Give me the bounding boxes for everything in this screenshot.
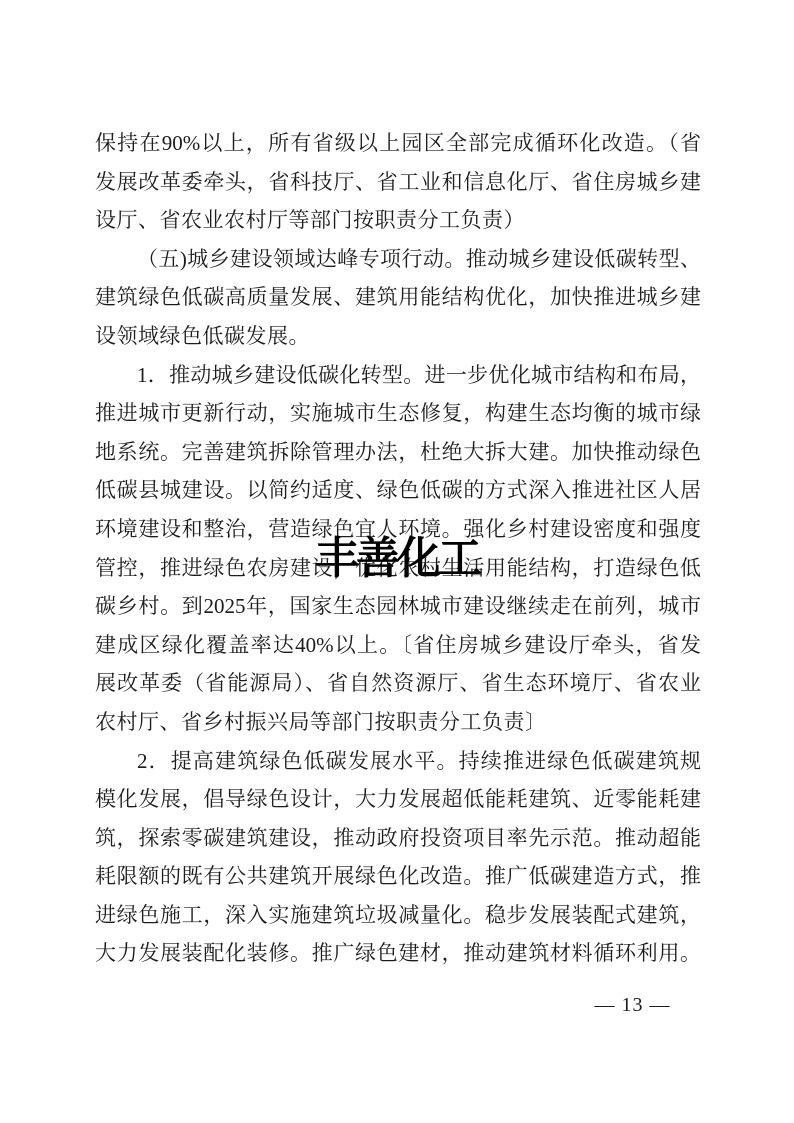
text-line: 大力发展装配化装修。推广绿色建材，推动建筑材料循环利用。	[95, 934, 701, 973]
text-line: 模化发展，倡导绿色设计，大力发展超低能耗建筑、近零能耗建	[95, 780, 701, 819]
text-line: 发展改革委牵头，省科技厅、省工业和信息化厅、省住房城乡建	[95, 163, 701, 202]
watermark: 丰善化工	[315, 537, 479, 581]
text-line: 耗限额的既有公共建筑开展绿色化改造。推广低碳建造方式，推	[95, 857, 701, 896]
page-number: — 13 —	[545, 994, 720, 1017]
text-line: （五)城乡建设领域达峰专项行动。推动城乡建设低碳转型、	[95, 240, 701, 279]
text-line: 1．推动城乡建设低碳化转型。进一步优化城市结构和布局，	[95, 356, 701, 395]
text-line: 地系统。完善建筑拆除管理办法，杜绝大拆大建。加快推动绿色	[95, 433, 701, 472]
text-line: 农村厅、省乡村振兴局等部门按职责分工负责〕	[95, 703, 701, 742]
paragraph: （五)城乡建设领域达峰专项行动。推动城乡建设低碳转型、建筑绿色低碳高质量发展、建…	[95, 240, 701, 356]
text-line: 碳乡村。到2025年，国家生态园林城市建设继续走在前列，城市	[95, 587, 701, 626]
paragraph: 保持在90%以上，所有省级以上园区全部完成循环化改造。（省发展改革委牵头，省科技…	[95, 124, 701, 240]
text-line: 设厅、省农业农村厅等部门按职责分工负责）	[95, 201, 701, 240]
text-line: 进绿色施工，深入实施建筑垃圾减量化。稳步发展装配式建筑，	[95, 896, 701, 935]
text-line: 设领域绿色低碳发展。	[95, 317, 701, 356]
text-line: 建成区绿化覆盖率达40%以上。〔省住房城乡建设厅牵头，省发	[95, 626, 701, 665]
text-line: 展改革委（省能源局）、省自然资源厅、省生态环境厅、省农业	[95, 664, 701, 703]
document-page: 保持在90%以上，所有省级以上园区全部完成循环化改造。（省发展改革委牵头，省科技…	[0, 0, 794, 1123]
text-line: 筑，探索零碳建筑建设，推动政府投资项目率先示范。推动超能	[95, 819, 701, 858]
text-line: 2．提高建筑绿色低碳发展水平。持续推进绿色低碳建筑规	[95, 742, 701, 781]
text-line: 建筑绿色低碳高质量发展、建筑用能结构优化，加快推进城乡建	[95, 278, 701, 317]
paragraph: 2．提高建筑绿色低碳发展水平。持续推进绿色低碳建筑规模化发展，倡导绿色设计，大力…	[95, 742, 701, 974]
text-line: 低碳县城建设。以简约适度、绿色低碳的方式深入推进社区人居	[95, 471, 701, 510]
text-line: 推进城市更新行动，实施城市生态修复，构建生态均衡的城市绿	[95, 394, 701, 433]
text-line: 保持在90%以上，所有省级以上园区全部完成循环化改造。（省	[95, 124, 701, 163]
